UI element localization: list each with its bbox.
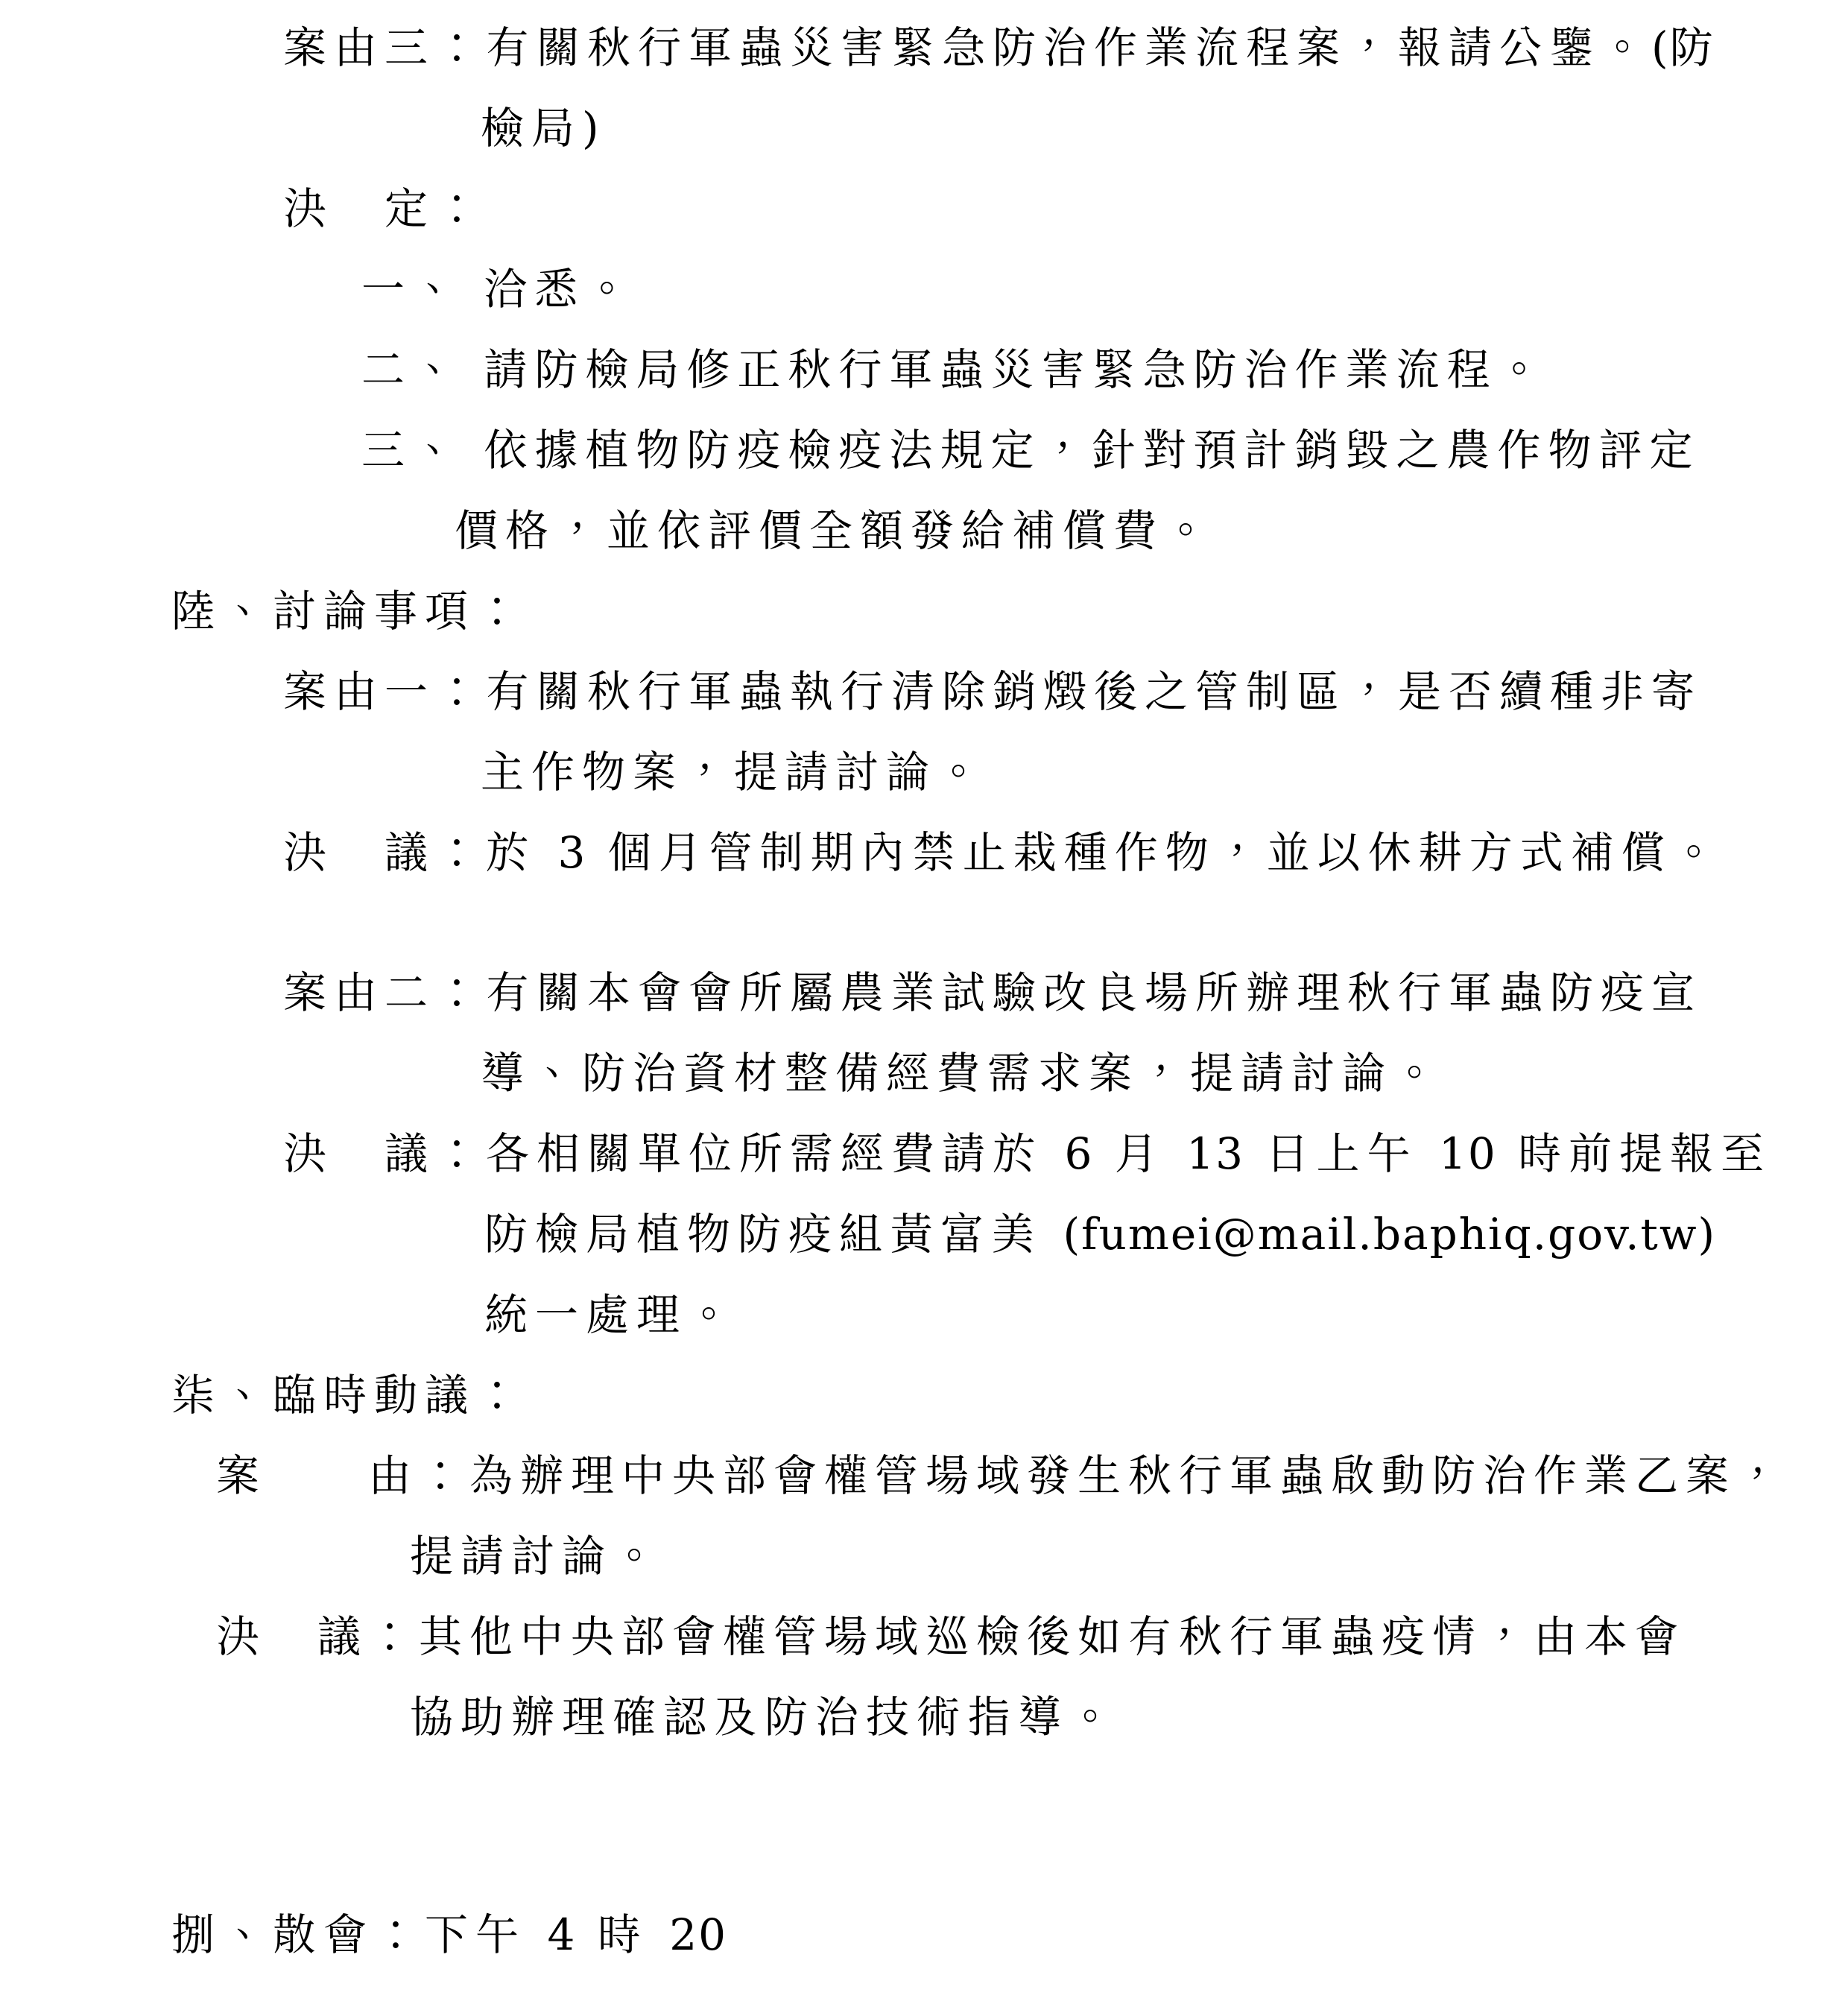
text-line: 案由一：有關秋行軍蟲執行清除銷燬後之管制區，是否續種非寄 xyxy=(0,662,1848,721)
text-line: 案 由：為辦理中央部會權管場域發生秋行軍蟲啟動防治作業乙案， xyxy=(0,1446,1848,1505)
text-line: 柒、臨時動議： xyxy=(0,1365,1848,1425)
text-line: 決 定： xyxy=(0,179,1848,238)
text-line: 防檢局植物防疫組黃富美 (fumei@mail.baphiq.gov.tw) xyxy=(0,1204,1848,1264)
text-line: 三、 依據植物防疫檢疫法規定，針對預計銷毀之農作物評定 xyxy=(0,420,1848,480)
document-page: 案由三：有關秋行軍蟲災害緊急防治作業流程案，報請公鑒。(防檢局)決 定：一、 洽… xyxy=(0,0,1848,2013)
text-line: 主作物案，提請討論。 xyxy=(0,742,1848,802)
text-line: 捌、散會：下午 4 時 20 xyxy=(0,1905,1848,1965)
text-line: 檢局) xyxy=(0,98,1848,158)
text-line: 二、 請防檢局修正秋行軍蟲災害緊急防治作業流程。 xyxy=(0,340,1848,399)
text-line: 價格，並依評價全額發給補償費。 xyxy=(0,501,1848,560)
text-line: 一、 洽悉。 xyxy=(0,259,1848,319)
text-line: 統一處理。 xyxy=(0,1285,1848,1344)
text-line: 導、防治資材整備經費需求案，提請討論。 xyxy=(0,1043,1848,1103)
text-line: 案由三：有關秋行軍蟲災害緊急防治作業流程案，報請公鑒。(防 xyxy=(0,18,1848,78)
text-line: 決 議：各相關單位所需經費請於 6 月 13 日上午 10 時前提報至 xyxy=(0,1124,1848,1184)
text-line: 提請討論。 xyxy=(0,1526,1848,1586)
text-line: 案由二：有關本會會所屬農業試驗改良場所辦理秋行軍蟲防疫宣 xyxy=(0,963,1848,1023)
text-line: 決 議：於 3 個月管制期內禁止栽種作物，並以休耕方式補償。 xyxy=(0,823,1848,882)
text-line: 陸、討論事項： xyxy=(0,581,1848,641)
text-line: 決 議：其他中央部會權管場域巡檢後如有秋行軍蟲疫情，由本會 xyxy=(0,1607,1848,1666)
text-line: 協助辦理確認及防治技術指導。 xyxy=(0,1687,1848,1747)
